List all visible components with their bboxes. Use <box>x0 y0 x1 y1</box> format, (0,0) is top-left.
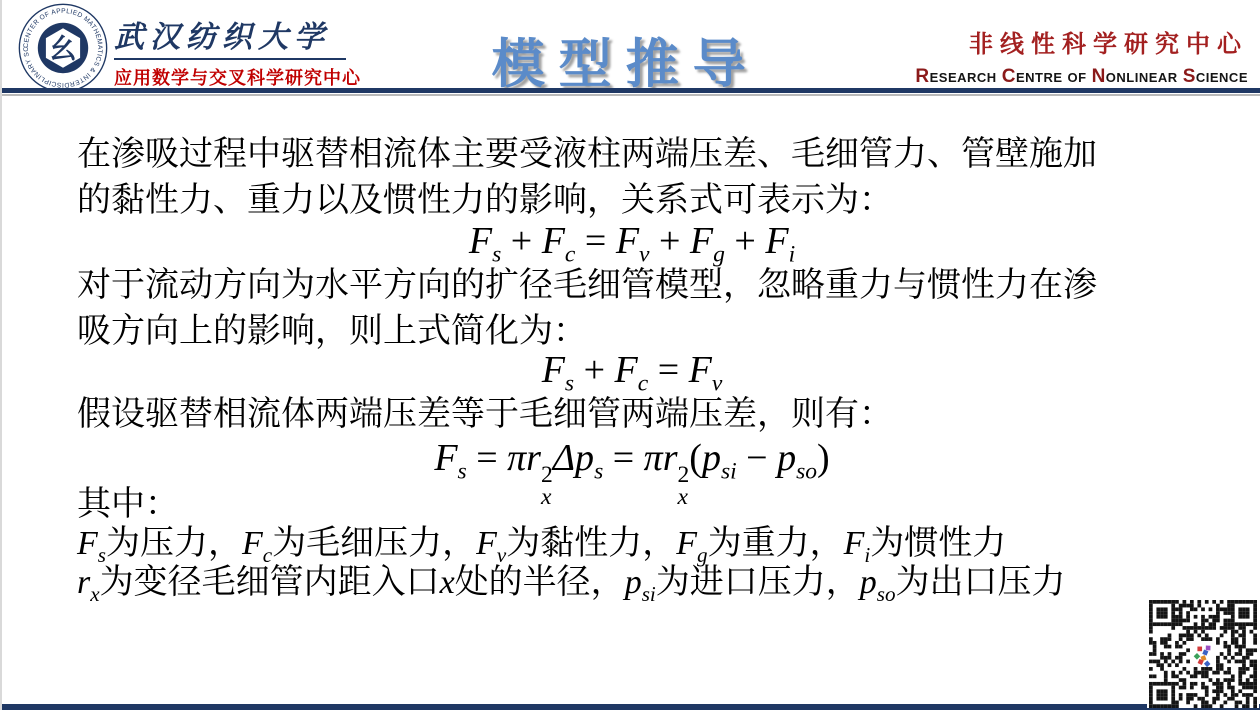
paragraph1-line2: 的黏性力、重力以及惯性力的影响，关系式可表示为： <box>77 180 893 223</box>
research-centre-block: 非线性科学研究中心 RESEARCHCENTREOFNONLINEARSCIEN… <box>910 24 1248 88</box>
seal-center-glyph: 幺 <box>50 34 77 64</box>
formula-simplified: Fs + Fc = Fv <box>2 348 1260 398</box>
presentation-slide: CENTER OF APPLIED MATHEMATICS & INTERDIS… <box>0 0 1260 710</box>
paragraph1-line1: 在渗吸过程中驱替相流体主要受液柱两端压差、毛细管力、管壁施加 <box>77 134 1097 177</box>
paragraph2-line1: 对于流动方向为水平方向的扩径毛细管模型，忽略重力与惯性力在渗 <box>77 265 1097 308</box>
formula-force-balance: Fs + Fc = Fv + Fg + Fi <box>2 219 1260 269</box>
header-divider-line <box>2 88 1260 93</box>
where-definitions-line2: rx为变径毛细管内距入口x处的半径，psi为进口压力，pso为出口压力 <box>77 562 1066 607</box>
header-divider-shadow <box>2 94 1260 96</box>
where-label: 其中： <box>77 484 179 527</box>
research-centre-name-cn: 非线性科学研究中心 <box>910 24 1248 59</box>
university-name: 武汉纺织大学 <box>114 12 361 56</box>
university-block: 武汉纺织大学 应用数学与交叉科学研究中心 <box>114 12 361 90</box>
bottom-bar <box>2 704 1260 710</box>
slide-title: 模型推导 <box>492 22 760 98</box>
university-seal-logo-icon: CENTER OF APPLIED MATHEMATICS & INTERDIS… <box>18 3 108 93</box>
department-name: 应用数学与交叉科学研究中心 <box>114 64 361 90</box>
qr-code-image <box>1147 600 1259 708</box>
paragraph3-line1: 假设驱替相流体两端压差等于毛细管两端压差，则有： <box>77 394 893 437</box>
formula-pressure: Fs = πr2xΔps = πr2x(psi − pso) <box>2 436 1260 509</box>
university-underline <box>114 58 346 60</box>
research-centre-name-en: RESEARCHCENTREOFNONLINEARSCIENCE <box>910 66 1248 88</box>
